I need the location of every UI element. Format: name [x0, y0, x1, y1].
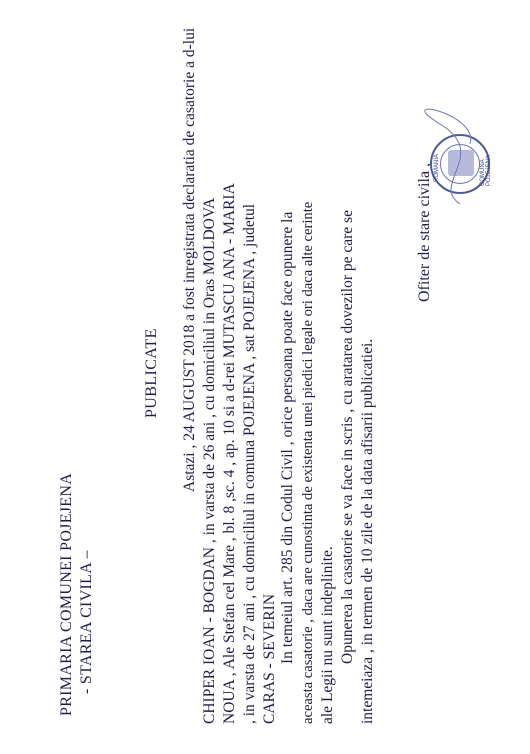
body-line: CARAS - SEVERIN [261, 594, 279, 724]
body-line: intemeiaza , in termen de 10 zile de la … [359, 339, 377, 724]
body-line: In temeiul art. 285 din Codul Civil , or… [279, 212, 297, 664]
body-line: NOUA , Ale Stefan cel Mare , bl. 8 ,sc. … [221, 183, 239, 724]
signature-scribble [420, 104, 500, 214]
body-line: aceasta casatorie , daca are cunostinta … [299, 202, 317, 724]
body-line: Astazi , 24 AUGUST 2018 a fost inregistr… [181, 28, 199, 492]
department-header: - STAREA CIVILA – [78, 550, 96, 694]
document-title: PUBLICATE [143, 328, 161, 418]
institution-header: PRIMARIA COMUNEI POJEJENA [58, 473, 76, 716]
body-line: Opunerea la casatorie se va face in scri… [339, 210, 357, 664]
body-line: ale Legii nu sunt indeplinite. [319, 546, 337, 724]
body-line: , in varsta de 27 ani , cu domiciliul in… [241, 204, 259, 724]
body-line: CHIPER IOAN - BOGDAN , in varsta de 26 a… [201, 198, 219, 724]
document-page: PRIMARIA COMUNEI POJEJENA - STAREA CIVIL… [0, 0, 530, 754]
